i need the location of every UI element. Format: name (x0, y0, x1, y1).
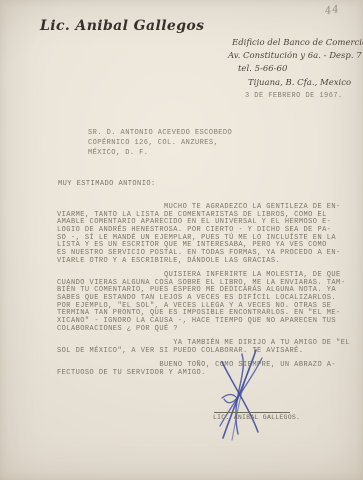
body-paragraph-2: QUISIERA INFERIRTE LA MOLESTIA, DE QUECU… (57, 272, 345, 334)
letter-page: 44 Lic. Anibal Gallegos Edificio del Ban… (0, 0, 363, 480)
handwritten-signature-ink (198, 346, 288, 442)
signature-typed-name: LIC. ANIBAL GALLEGOS. (213, 414, 300, 421)
date-line: 3 DE FEBRERO DE 1967. (245, 92, 343, 100)
salutation: MUY ESTIMADO ANTONIO: (58, 180, 156, 188)
signature-rule (214, 412, 290, 413)
typed-line: COLABORACIONES ¿ POR QUÉ ? (57, 326, 345, 334)
body-paragraph-1: MUCHO TE AGRADEZCO LA GENTILEZA DE EN-VI… (57, 204, 341, 266)
letterhead-address: Edificio del Banco de ComercioAv. Consti… (228, 37, 363, 90)
typed-line: SR. D. ANTONIO ACEVEDO ESCOBEDO (88, 128, 232, 138)
letterhead-name: Lic. Anibal Gallegos (40, 18, 204, 34)
typed-line: Av. Constitución y 6a. - Desp. 7 (228, 50, 363, 63)
typed-line: FECTUOSO DE TU SERVIDOR Y AMIGO. (57, 370, 336, 378)
typed-line: Tijuana, B. Cfa., Mexico (248, 77, 363, 90)
typed-line: Edificio del Banco de Comercio (232, 37, 363, 50)
handwritten-page-number: 44 (324, 4, 340, 17)
typed-line: VIARLE OTRO Y A ESCRIBIRLE, DÁNDOLE LAS … (57, 258, 341, 266)
typed-line: tel. 5-66-60 (238, 63, 363, 76)
recipient-address: SR. D. ANTONIO ACEVEDO ESCOBEDOCOPÉRNICO… (88, 128, 232, 159)
typed-line: MÉXICO, D. F. (88, 148, 232, 158)
closing-paragraph: BUENO TOÑO, COMO SIEMPRE, UN ABRAZO A-FE… (57, 362, 336, 377)
typed-line: COPÉRNICO 126, COL. ANZURES, (88, 138, 232, 148)
